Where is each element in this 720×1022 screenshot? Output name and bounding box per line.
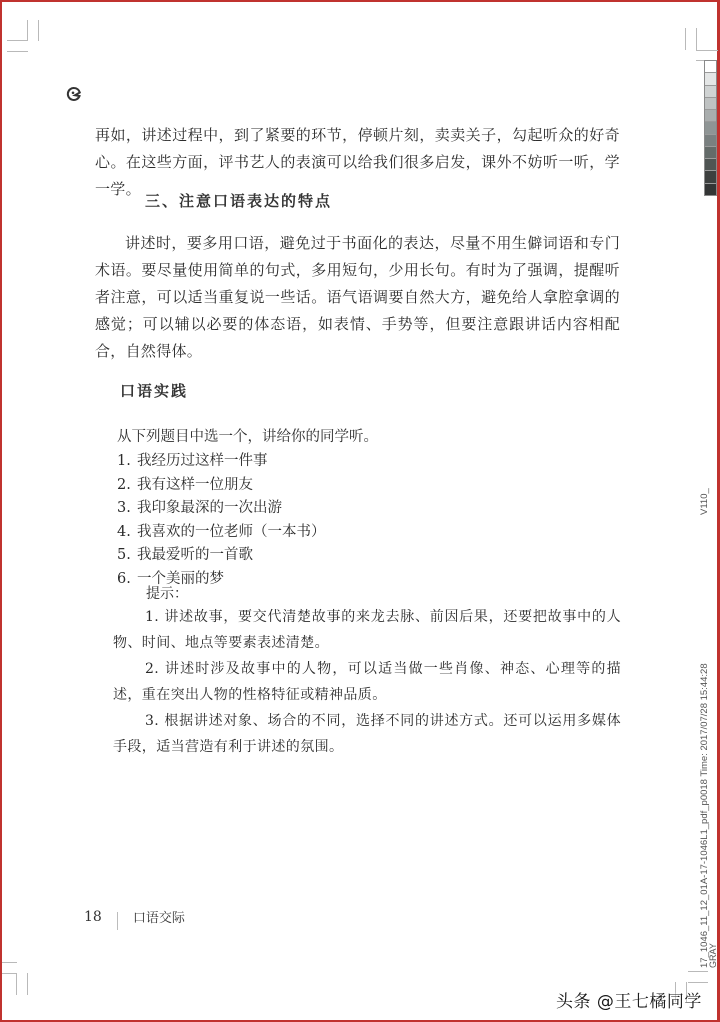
topic-number: 2.: [117, 474, 131, 498]
crop-mark-top-right-v2: [696, 28, 697, 50]
topic-item: 5.我最爱听的一首歌: [117, 544, 326, 568]
watermark: 头条 @王七橘同学: [556, 987, 702, 1012]
page-footer: 18 口语交际: [84, 907, 185, 926]
grayscale-swatch: [705, 98, 716, 110]
crop-mark-bottom-right-h2: [688, 982, 708, 983]
topic-text: 我印象最深的一次出游: [137, 497, 282, 521]
crop-mark-top-left-v: [27, 20, 28, 41]
grayscale-swatch: [705, 122, 716, 134]
practice-intro: 从下列题目中选一个，讲给你的同学听。: [117, 424, 378, 451]
section-heading: 三、注意口语表达的特点: [145, 190, 332, 211]
color-mode-mark: GRAY: [708, 943, 718, 968]
topic-number: 1.: [117, 450, 131, 474]
practice-title: 口语实践: [120, 380, 188, 401]
footer-divider: [117, 912, 118, 930]
file-info-mark: 17_1046_11_12_01A-17-1046L1_pdf_p0018 Ti…: [699, 663, 710, 968]
publisher-logo-icon: [66, 86, 82, 102]
topic-number: 6.: [117, 568, 131, 592]
tip-item: 2. 讲述时涉及故事中的人物，可以适当做一些肖像、神态、心理等的描述，重在突出人…: [113, 656, 621, 708]
crop-mark-bottom-right-h: [688, 971, 708, 972]
grayscale-swatch: [705, 159, 716, 171]
topic-text: 我最爱听的一首歌: [137, 544, 253, 568]
crop-mark-bottom-left-h: [2, 962, 17, 963]
topic-item: 3.我印象最深的一次出游: [117, 497, 326, 521]
crop-mark-top-right-h: [696, 50, 718, 51]
topic-text: 我有这样一位朋友: [137, 474, 253, 498]
grayscale-swatch: [705, 135, 716, 147]
page-number: 18: [84, 909, 102, 925]
crop-mark-bottom-left-h2: [2, 973, 17, 974]
version-mark: V110_: [699, 488, 710, 515]
topic-text: 我经历过这样一件事: [137, 450, 268, 474]
grayscale-swatch: [705, 110, 716, 122]
grayscale-swatch: [705, 184, 716, 195]
file-info-text: 17_1046_11_12_01A-17-1046L1_pdf_p0018 Ti…: [699, 663, 710, 968]
crop-mark-top-left-h2: [7, 51, 28, 52]
crop-mark-top-right-v: [685, 28, 686, 50]
tip-item: 1. 讲述故事，要交代清楚故事的来龙去脉、前因后果，还要把故事中的人物、时间、地…: [113, 604, 621, 656]
crop-mark-top-left-h: [7, 40, 28, 41]
topic-text: 我喜欢的一位老师（一本书）: [137, 521, 326, 545]
footer-section-name: 口语交际: [133, 907, 185, 926]
crop-mark-bottom-left-v: [16, 973, 17, 995]
topic-item: 2.我有这样一位朋友: [117, 474, 326, 498]
tips-block: 1. 讲述故事，要交代清楚故事的来龙去脉、前因后果，还要把故事中的人物、时间、地…: [113, 604, 621, 760]
grayscale-swatch: [705, 86, 716, 98]
topic-item: 4.我喜欢的一位老师（一本书）: [117, 521, 326, 545]
topic-number: 3.: [117, 497, 131, 521]
paragraph-oral-features: 讲述时，要多用口语，避免过于书面化的表达，尽量不用生僻词语和专门术语。要尽量使用…: [95, 230, 620, 365]
topic-number: 5.: [117, 544, 131, 568]
crop-mark-bottom-left-v2: [27, 973, 28, 995]
topic-item: 1.我经历过这样一件事: [117, 450, 326, 474]
grayscale-swatch: [705, 171, 716, 183]
topic-list: 1.我经历过这样一件事 2.我有这样一位朋友 3.我印象最深的一次出游 4.我喜…: [117, 450, 326, 591]
grayscale-swatch: [705, 73, 716, 85]
crop-mark-top-left-v2: [38, 20, 39, 41]
grayscale-swatch: [705, 61, 716, 73]
topic-number: 4.: [117, 521, 131, 545]
grayscale-calibration-bar: [704, 60, 717, 196]
tip-item: 3. 根据讲述对象、场合的不同，选择不同的讲述方式。还可以运用多媒体手段，适当营…: [113, 708, 621, 760]
grayscale-swatch: [705, 147, 716, 159]
tips-label: 提示：: [146, 582, 188, 606]
